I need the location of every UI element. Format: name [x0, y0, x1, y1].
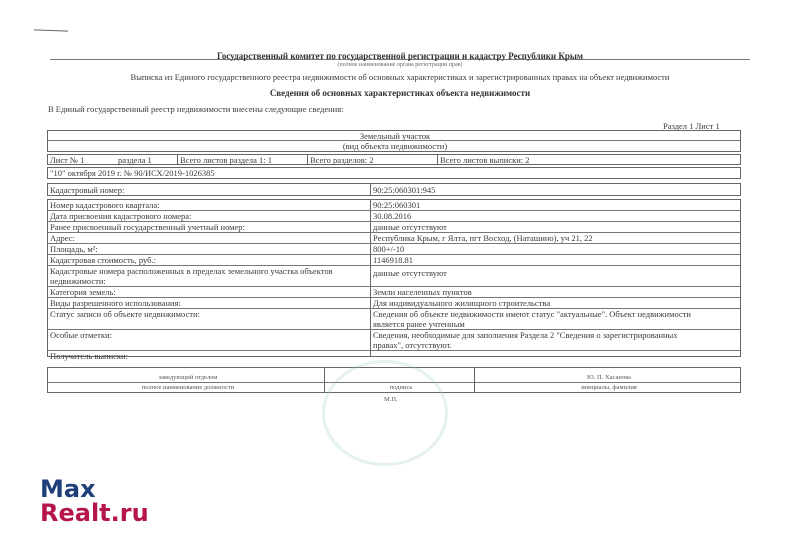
field-value: данные отсутствуют — [371, 268, 447, 278]
field-label: Категория земель: — [48, 287, 116, 297]
field-value-cont: правах", отсутствуют. — [371, 340, 452, 350]
field-value: 30.08.2016 — [371, 211, 411, 221]
intro-text: В Единый государственный реестр недвижим… — [48, 104, 344, 114]
field-label: Кадастровые номера расположенных в преде… — [48, 266, 333, 276]
field-value-cont: является ранее учтенным — [371, 319, 465, 329]
field-value: Земли населенных пунктов — [371, 287, 472, 297]
sheets-total: Всего листов выписки: 2 — [438, 155, 530, 165]
field-label: Площадь, м²: — [48, 244, 98, 254]
name-caption: инициалы, фамилия — [474, 383, 742, 393]
field-value: данные отсутствуют — [371, 222, 447, 232]
field-label: Виды разрешенного использования: — [48, 298, 181, 308]
sheet-info-row: Лист № 1 раздела 1 Всего листов раздела … — [47, 154, 741, 165]
section-title: Сведения об основных характеристиках объ… — [0, 88, 800, 98]
document-title: Выписка из Единого государственного реес… — [0, 72, 800, 82]
field-label: Кадастровая стоимость, руб.: — [48, 255, 156, 265]
cadastral-number-row: Кадастровый номер: 90:25:060301:945 — [47, 183, 741, 196]
watermark-logo-line1: Max — [40, 477, 96, 501]
sheet-no: Лист № 1 — [48, 155, 84, 165]
row-divider — [48, 350, 740, 351]
signer-position: заведующий отделом — [48, 373, 326, 383]
cadastral-value: 90:25:060301:945 — [371, 185, 435, 195]
field-label-cont: недвижимости: — [48, 276, 106, 286]
watermark-logo-line2: Realt.ru — [40, 501, 149, 525]
date-number-row: "10" октября 2019 г. № 90/ИСХ/2019-10263… — [47, 167, 741, 179]
field-label: Дата присвоения кадастрового номера: — [48, 211, 191, 221]
signer-name: Ю. П. Хасанова — [474, 373, 742, 383]
object-type: Земельный участок — [48, 131, 740, 141]
date-number: "10" октября 2019 г. № 90/ИСХ/2019-10263… — [48, 168, 215, 178]
field-value: 800+/-10 — [371, 244, 404, 254]
field-value: Для индивидуального жилищного строительс… — [371, 298, 550, 308]
field-label: Ранее присвоенный государственный учетны… — [48, 222, 245, 232]
object-type-box: Земельный участок (вид объекта недвижимо… — [47, 130, 741, 152]
pen-mark — [34, 29, 68, 31]
field-label: Получатель выписки: — [48, 351, 128, 361]
field-label: Адрес: — [48, 233, 75, 243]
position-caption: полное наименование должности — [48, 383, 326, 393]
field-label: Особые отметки: — [48, 330, 112, 340]
seal-stamp — [322, 360, 448, 466]
sheets-in-section: Всего листов раздела 1: 1 — [178, 155, 272, 165]
cadastral-label: Кадастровый номер: — [48, 185, 124, 195]
field-value: Сведения об объекте недвижимости имеют с… — [371, 309, 691, 319]
section-no: раздела 1 — [116, 155, 152, 165]
object-type-caption: (вид объекта недвижимости) — [48, 141, 740, 151]
field-value: 90:25:060301 — [371, 200, 420, 210]
authority-caption: (полное наименование органа регистрации … — [0, 62, 800, 68]
characteristics-table: Номер кадастрового квартала:90:25:060301… — [47, 199, 741, 357]
authority-name: Государственный комитет по государственн… — [0, 51, 800, 61]
field-value: 1146918.81 — [371, 255, 413, 265]
field-label: Статус записи об объекте недвижимости: — [48, 309, 200, 319]
field-value: Сведения, необходимые для заполнения Раз… — [371, 330, 678, 340]
field-label: Номер кадастрового квартала: — [48, 200, 160, 210]
sections-total: Всего разделов: 2 — [308, 155, 374, 165]
field-value: Республика Крым, г Ялта, пгт Восход, (На… — [371, 233, 593, 243]
